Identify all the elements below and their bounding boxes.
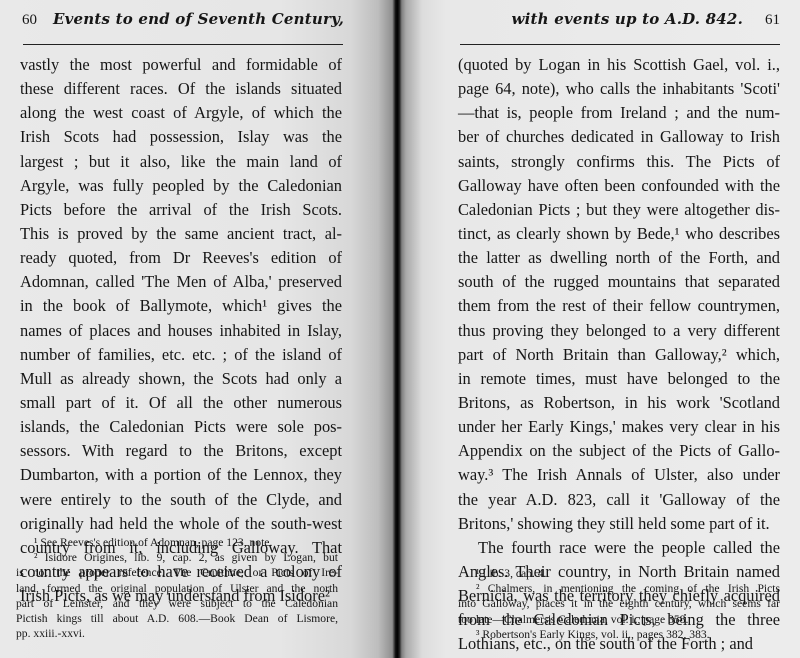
text-line: saints, strongly confirms this. The Pict…: [458, 150, 780, 174]
text-line: the latter as dwelling north of the Fort…: [458, 246, 780, 270]
left-page: 60 Events to end of Seventh Century, vas…: [0, 0, 398, 658]
text-line: Britons, as Robertson, in his work 'Scot…: [458, 391, 780, 415]
text-line: —that is, people from Ireland ; and the …: [458, 101, 780, 125]
text-line: under her Early Kings,' makes very clear…: [458, 415, 780, 439]
text-line: originally had held the whole of the sou…: [20, 512, 342, 536]
text-line: This is proved by the same ancient tract…: [20, 222, 342, 246]
footnote-line: ³ Robertson's Early Kings, vol. ii., pag…: [458, 627, 780, 642]
text-line: them from the rest of their fellow count…: [458, 294, 780, 318]
footnotes: ¹ Lib. 3, cap. 4.² Chalmers, in mentioni…: [458, 566, 780, 642]
text-line: Britons,' showing they still held some p…: [458, 512, 780, 536]
running-title: Events to end of Seventh Century,: [53, 10, 344, 28]
body-text: vastly the most powerful and formidable …: [20, 53, 342, 608]
text-line: part of North Britain than Galloway,² wh…: [458, 343, 780, 367]
text-line: ber of churches dedicated in Galloway to…: [458, 125, 780, 149]
text-line: Irish Scots had possession, Islay was th…: [20, 125, 342, 149]
text-line: Appendix on the subject of the Picts of …: [458, 439, 780, 463]
page-number: 61: [765, 12, 780, 29]
text-line: Adomnan, called 'The Men of Alba,' prese…: [20, 270, 342, 294]
text-line: The fourth race were the people called t…: [458, 536, 780, 560]
text-line: Dumbarton, with a portion of the Lennox,…: [20, 463, 342, 487]
text-line: Argyle, was fully peopled by the Caledon…: [20, 174, 342, 198]
text-line: Caledonian Picts ; but they were altoget…: [458, 198, 780, 222]
text-line: thus proving they belonged to a very dif…: [458, 319, 780, 343]
footnote-line: ¹ Lib. 3, cap. 4.: [458, 566, 780, 581]
text-line: small part of it. Of all the other numer…: [20, 391, 342, 415]
left-page-header: 60 Events to end of Seventh Century,: [22, 10, 344, 38]
text-line: islands, the Caledonian Picts were sole …: [20, 415, 342, 439]
text-line: Picts before the arrival of the Irish Sc…: [20, 198, 342, 222]
footnote-line: ² Isidore Origines, lib. 9, cap. 2, as g…: [16, 550, 338, 565]
text-line: Galloway have often been confounded with…: [458, 174, 780, 198]
footnote-line: is not the proper reference. The Cruithn…: [16, 565, 338, 580]
text-line: way.³ The Irish Annals of Ulster, also u…: [458, 463, 780, 487]
text-line: along the west coast of Argyle, of which…: [20, 101, 342, 125]
running-title: with events up to A.D. 842.: [512, 10, 743, 28]
text-line: largest ; but it also, like the main lan…: [20, 150, 342, 174]
book-spread: 60 Events to end of Seventh Century, vas…: [0, 0, 800, 658]
text-line: page 64, note), who calls the inhabitant…: [458, 77, 780, 101]
text-line: Mull as already shown, the Scots had onl…: [20, 367, 342, 391]
header-rule: [23, 44, 343, 45]
footnote-line: ² Chalmers, in mentioning the coming of …: [458, 581, 780, 596]
book-gutter: [392, 0, 402, 658]
footnote-line: land, formed the original population of …: [16, 581, 338, 596]
text-line: the year A.D. 823, call it 'Galloway of …: [458, 488, 780, 512]
footnote-line: into Galloway, places it in the eighth c…: [458, 596, 780, 611]
footnotes: ¹ See Reeves's edition of Adomnan, page …: [16, 535, 338, 641]
text-line: in remote times, must have belonged to t…: [458, 367, 780, 391]
page-number: 60: [22, 12, 37, 29]
text-line: in the book of Ballymote, which¹ gives t…: [20, 294, 342, 318]
text-line: these different races. Of the islands si…: [20, 77, 342, 101]
text-line: names of places and houses inhabited in …: [20, 319, 342, 343]
footnote-line: pp. xxiii.-xxvi.: [16, 626, 338, 641]
text-line: (quoted by Logan in his Scottish Gael, v…: [458, 53, 780, 77]
text-line: were entirely to the south of the Clyde,…: [20, 488, 342, 512]
text-line: number of families, etc. etc. ; of the i…: [20, 343, 342, 367]
right-page: with events up to A.D. 842. 61 (quoted b…: [398, 0, 800, 658]
right-page-header: with events up to A.D. 842. 61: [458, 10, 780, 38]
footnote-line: too late—Chalmers's Caledonia, vol. i., …: [458, 612, 780, 627]
text-line: south of the rugged mountains that separ…: [458, 270, 780, 294]
footnote-line: Pictish kings till about A.D. 608.—Book …: [16, 611, 338, 626]
footnote-line: part of Leinster, and they were subject …: [16, 596, 338, 611]
text-line: ready quoted, from Dr Reeves's edition o…: [20, 246, 342, 270]
text-line: vastly the most powerful and formidable …: [20, 53, 342, 77]
text-line: sessors. With regard to the Britons, exc…: [20, 439, 342, 463]
header-rule: [460, 44, 780, 45]
footnote-line: ¹ See Reeves's edition of Adomnan, page …: [16, 535, 338, 550]
text-line: tinct, as clearly shown by Bede,¹ who de…: [458, 222, 780, 246]
